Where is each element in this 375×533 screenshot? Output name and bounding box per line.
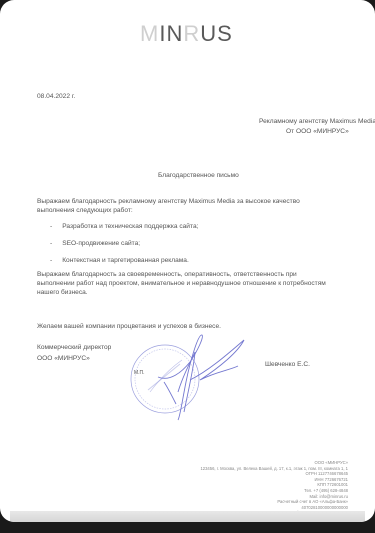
document-card: M IN R US 08.04.2022 г. Рекламному агент… — [0, 0, 375, 522]
sender-line: От ООО «МИНРУС» — [286, 127, 349, 136]
logo-letter-m: M — [140, 21, 159, 47]
list-item: - Разработка и техническая поддержка сай… — [50, 222, 198, 239]
signer-position: Коммерческий директор — [37, 343, 111, 352]
letter-date: 08.04.2022 г. — [37, 92, 75, 101]
recipient-line: Рекламному агентству Maximus Media — [259, 117, 375, 126]
service-text: SEO-продвижение сайта; — [62, 239, 140, 256]
intro-paragraph: Выражаем благодарность рекламному агентс… — [37, 197, 337, 215]
service-text: Разработка и техническая поддержка сайта… — [62, 222, 198, 239]
logo-letters-us: US — [200, 21, 233, 47]
bullet-marker: - — [50, 222, 52, 239]
bullet-marker: - — [50, 239, 52, 256]
services-list: - Разработка и техническая поддержка сай… — [50, 222, 198, 273]
signer-name: Шевченко Е.С. — [265, 360, 310, 369]
letter-title: Благодарственное письмо — [158, 171, 239, 180]
stamp-and-signature-icon — [120, 332, 250, 432]
stamp-label: М.П. — [134, 369, 145, 378]
appreciation-paragraph: Выражаем благодарность за своевременност… — [37, 270, 327, 297]
page-bottom-edge — [10, 511, 365, 522]
wishes-paragraph: Желаем вашей компании процветания и успе… — [37, 322, 221, 331]
logo-letters-in: IN — [159, 21, 183, 47]
minrus-logo: M IN R US — [140, 22, 250, 46]
logo-letter-r: R — [183, 21, 200, 47]
signer-company: ООО «МИНРУС» — [37, 354, 90, 363]
list-item: - SEO-продвижение сайта; — [50, 239, 198, 256]
